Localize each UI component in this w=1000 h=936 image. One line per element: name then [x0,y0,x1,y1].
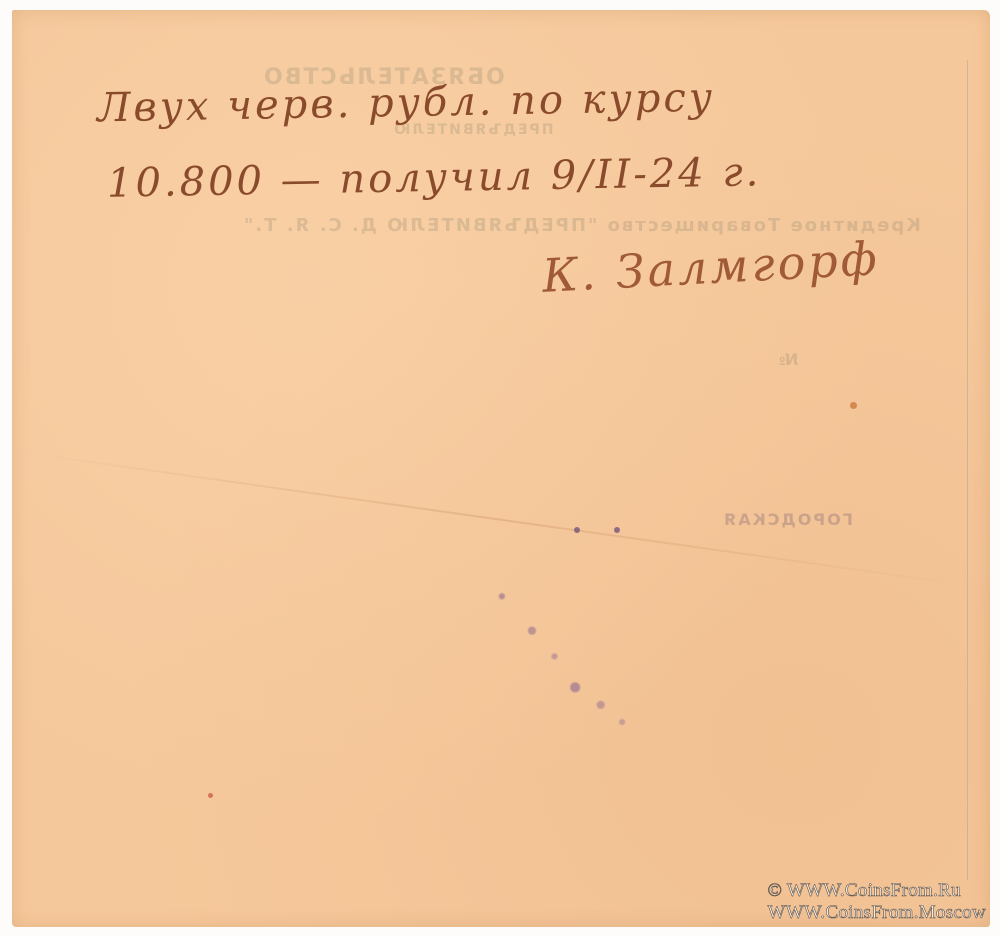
show-through-text-5: ГОРОДСКАЯ [722,510,853,529]
ink-dot [614,527,620,533]
watermark-line-2: WWW.CoinsFrom.Moscow [767,902,986,924]
handwritten-line-2: 10.800 — получил 9/II-24 г. [107,149,762,206]
watermark-line-1: © WWW.CoinsFrom.Ru [767,880,986,902]
watermark: © WWW.CoinsFrom.Ru WWW.CoinsFrom.Moscow [767,880,986,924]
handwritten-line-1: Лвух черв. рубл. по курсу [97,75,716,132]
handwritten-signature: К. Залмгорф [541,231,881,303]
paper-speck [208,793,213,798]
show-through-text-4: № [777,350,798,369]
border-rule [967,60,968,880]
stamp-ink-trace [449,579,675,751]
ink-dot [574,527,580,533]
paper-document: ОБЯЗАТЕЛЬСТВО ПРЕДЪЯВИТЕЛЮ Кредитное Тов… [12,10,990,927]
paper-speck [850,402,857,409]
show-through-text-3: Кредитное Товарищество "ПРЕДЪЯВИТЕЛЮ Д. … [242,215,921,236]
